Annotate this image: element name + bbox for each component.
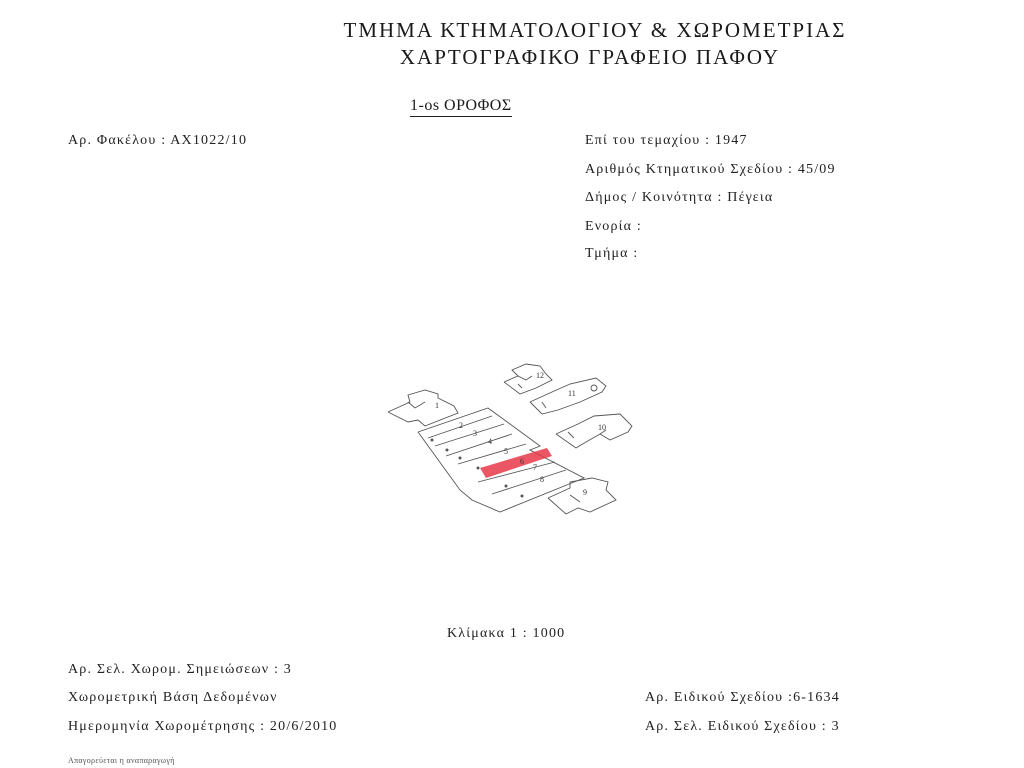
- parcel-number: Επί του τεμαχίου : 1947: [585, 133, 748, 149]
- office-title: ΧΑΡΤΟΓΡΑΦΙΚΟ ΓΡΑΦΕΙΟ ΠΑΦΟΥ: [0, 45, 1024, 70]
- floor-plan-drawing: 1 2 3 4 5 6 7 8 9 10 11: [380, 350, 650, 520]
- parish: Ενορία :: [585, 219, 642, 235]
- unit-label-4: 4: [488, 437, 492, 446]
- svg-text:10: 10: [598, 423, 606, 432]
- unit-label-2: 2: [459, 421, 463, 430]
- special-plan-page: Αρ. Σελ. Ειδικού Σχεδίου : 3: [645, 719, 840, 735]
- scale-label: Κλίμακα 1 : 1000: [447, 626, 565, 642]
- section: Τμήμα :: [585, 246, 639, 262]
- units-block: [418, 408, 584, 512]
- unit-12: 12: [504, 364, 552, 394]
- svg-text:9: 9: [583, 488, 587, 497]
- unit-label-5: 5: [504, 447, 508, 456]
- survey-date: Ημερομηνία Χωρομέτρησης : 20/6/2010: [68, 719, 338, 735]
- file-number: Αρ. Φακέλου : ΑΧ1022/10: [68, 133, 247, 149]
- unit-1: 1: [388, 390, 458, 426]
- unit-9: 9: [548, 478, 616, 514]
- unit-10: 10: [556, 414, 632, 448]
- svg-text:11: 11: [568, 389, 576, 398]
- survey-database: Χωρομετρική Βάση Δεδομένων: [68, 690, 278, 706]
- unit-label-7: 7: [533, 463, 537, 472]
- special-plan-number: Αρ. Ειδικού Σχεδίου :6-1634: [645, 690, 840, 706]
- unit-label-3: 3: [473, 429, 477, 438]
- copyright-notice: Απαγορεύεται η αναπαραγωγή: [68, 756, 175, 765]
- highlighted-unit-6: [480, 448, 552, 478]
- floor-title: 1-os ΟΡΟΦΟΣ: [410, 97, 512, 117]
- municipality: Δήμος / Κοινότητα : Πέγεια: [585, 190, 773, 206]
- svg-text:1: 1: [435, 401, 439, 410]
- svg-text:12: 12: [536, 371, 544, 380]
- unit-11: 11: [530, 378, 606, 414]
- unit-label-6: 6: [520, 457, 524, 466]
- unit-label-8: 8: [540, 475, 544, 484]
- cadastral-plan-number: Αριθμός Κτηματικού Σχεδίου : 45/09: [585, 162, 836, 178]
- survey-notes-pages: Αρ. Σελ. Χωρομ. Σημειώσεων : 3: [68, 662, 292, 678]
- department-title: ΤΜΗΜΑ ΚΤΗΜΑΤΟΛΟΓΙΟΥ & ΧΩΡΟΜΕΤΡΙΑΣ: [0, 18, 1024, 43]
